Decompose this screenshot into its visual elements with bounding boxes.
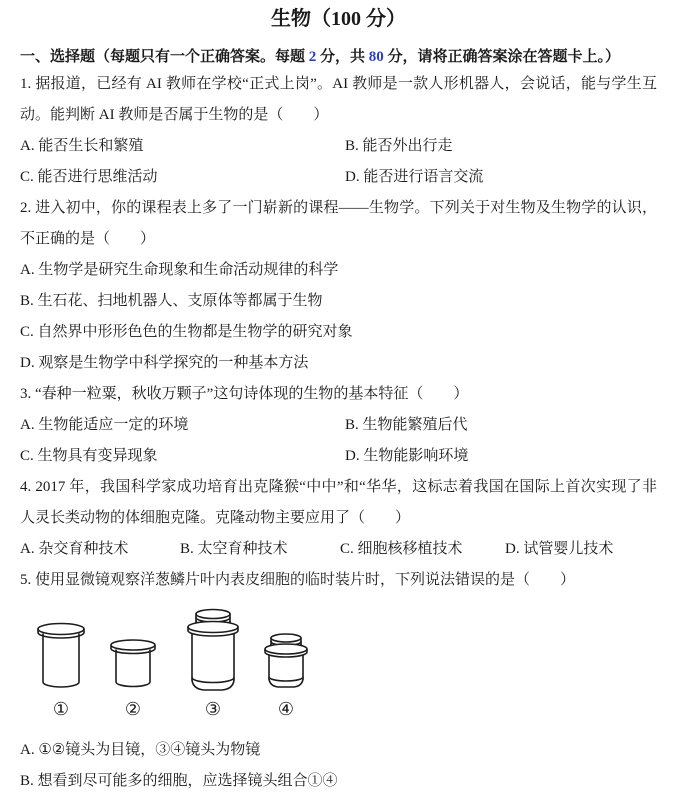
question-1-stem: 1. 据报道，已经有 AI 教师在学校“正式上岗”。AI 教师是一款人形机器人，… bbox=[20, 69, 657, 131]
question-5-stem: 5. 使用显微镜观察洋葱鳞片叶内表皮细胞的临时装片时，下列说法错误的是（ ） bbox=[20, 565, 657, 596]
question-5: 5. 使用显微镜观察洋葱鳞片叶内表皮细胞的临时装片时，下列说法错误的是（ ） ①… bbox=[20, 565, 657, 797]
question-1-option-a: A. 能否生长和繁殖 bbox=[20, 131, 345, 162]
question-3-option-a: A. 生物能适应一定的环境 bbox=[20, 410, 345, 441]
question-3-option-c: C. 生物具有变异现象 bbox=[20, 441, 345, 472]
eyepiece-short-figure: ② bbox=[108, 638, 158, 719]
question-2-option-d: D. 观察是生物学中科学探究的一种基本方法 bbox=[20, 348, 657, 379]
question-3-options-row-2: C. 生物具有变异现象 D. 生物能影响环境 bbox=[20, 441, 657, 472]
question-1-option-b: B. 能否外出行走 bbox=[345, 131, 657, 162]
question-1-option-c: C. 能否进行思维活动 bbox=[20, 162, 345, 193]
question-2: 2. 进入初中，你的课程表上多了一门崭新的课程——生物学。下列关于对生物及生物学… bbox=[20, 193, 657, 379]
question-3-option-b: B. 生物能繁殖后代 bbox=[345, 410, 657, 441]
question-2-stem: 2. 进入初中，你的课程表上多了一门崭新的课程——生物学。下列关于对生物及生物学… bbox=[20, 193, 657, 255]
question-3-options-row-1: A. 生物能适应一定的环境 B. 生物能繁殖后代 bbox=[20, 410, 657, 441]
question-4-options-row: A. 杂交育种技术 B. 太空育种技术 C. 细胞核移植技术 D. 试管婴儿技术 bbox=[20, 534, 657, 565]
question-1: 1. 据报道，已经有 AI 教师在学校“正式上岗”。AI 教师是一款人形机器人，… bbox=[20, 69, 657, 193]
question-4-option-d: D. 试管婴儿技术 bbox=[505, 534, 657, 565]
question-3: 3. “春种一粒粟，秋收万颗子”这句诗体现的生物的基本特征（ ） A. 生物能适… bbox=[20, 379, 657, 472]
eyepiece-short-drawing bbox=[108, 638, 158, 694]
points-total: 80 bbox=[369, 49, 384, 65]
question-3-option-d: D. 生物能影响环境 bbox=[345, 441, 657, 472]
question-4-stem: 4. 2017 年，我国科学家成功培育出克隆猴“中中”和“华华，这标志着我国在国… bbox=[20, 472, 657, 534]
objective-long-drawing bbox=[182, 608, 244, 694]
question-2-option-b: B. 生石花、扫地机器人、支原体等都属于生物 bbox=[20, 286, 657, 317]
figure-label-1: ① bbox=[53, 699, 69, 719]
section-header: 一、选择题（每题只有一个正确答案。每题 2 分，共 80 分，请将正确答案涂在答… bbox=[20, 45, 657, 69]
section-header-suffix: 分，请将正确答案涂在答题卡上。） bbox=[384, 49, 620, 65]
question-2-option-a: A. 生物学是研究生命现象和生命活动规律的科学 bbox=[20, 255, 657, 286]
question-3-stem: 3. “春种一粒粟，秋收万颗子”这句诗体现的生物的基本特征（ ） bbox=[20, 379, 657, 410]
figure-label-3: ③ bbox=[205, 699, 221, 719]
question-1-options-row-1: A. 能否生长和繁殖 B. 能否外出行走 bbox=[20, 131, 657, 162]
question-2-option-c: C. 自然界中形形色色的生物都是生物学的研究对象 bbox=[20, 317, 657, 348]
eyepiece-long-figure: ① bbox=[36, 622, 86, 719]
exam-page: 生物（100 分） 一、选择题（每题只有一个正确答案。每题 2 分，共 80 分… bbox=[0, 0, 677, 801]
figure-label-4: ④ bbox=[278, 699, 294, 719]
question-1-options-row-2: C. 能否进行思维活动 D. 能否进行语言交流 bbox=[20, 162, 657, 193]
page-title: 生物（100 分） bbox=[20, 6, 657, 32]
question-4-option-b: B. 太空育种技术 bbox=[180, 534, 340, 565]
objective-short-drawing bbox=[260, 632, 312, 694]
question-5-options: A. ①②镜头为目镜，③④镜头为物镜 B. 想看到尽可能多的细胞，应选择镜头组合… bbox=[20, 735, 657, 797]
section-header-middle: 分，共 bbox=[316, 49, 369, 65]
figure-label-2: ② bbox=[125, 699, 141, 719]
objective-short-figure: ④ bbox=[260, 632, 312, 719]
eyepiece-long-drawing bbox=[36, 622, 86, 694]
question-4-option-c: C. 细胞核移植技术 bbox=[340, 534, 505, 565]
question-2-options: A. 生物学是研究生命现象和生命活动规律的科学 B. 生石花、扫地机器人、支原体… bbox=[20, 255, 657, 379]
objective-long-figure: ③ bbox=[182, 608, 244, 719]
question-5-option-a: A. ①②镜头为目镜，③④镜头为物镜 bbox=[20, 735, 657, 766]
microscope-lens-figure: ① ② bbox=[28, 608, 657, 719]
question-5-option-b: B. 想看到尽可能多的细胞，应选择镜头组合①④ bbox=[20, 766, 657, 797]
question-4: 4. 2017 年，我国科学家成功培育出克隆猴“中中”和“华华，这标志着我国在国… bbox=[20, 472, 657, 565]
question-4-option-a: A. 杂交育种技术 bbox=[20, 534, 180, 565]
question-1-option-d: D. 能否进行语言交流 bbox=[345, 162, 657, 193]
section-header-prefix: 一、选择题（每题只有一个正确答案。每题 bbox=[20, 49, 309, 65]
